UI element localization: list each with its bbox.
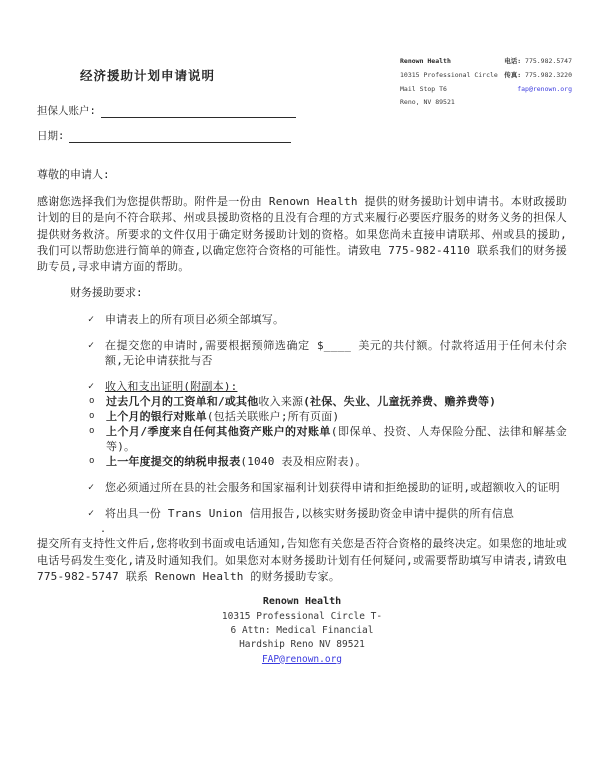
footer-contact-block: Renown Health 10315 Professional Circle …	[37, 595, 567, 666]
checklist-subitem-text: 上个月的银行对账单(包括关联账户;所有页面)	[106, 409, 567, 424]
salutation: 尊敬的申请人:	[37, 167, 567, 183]
date-blank	[69, 129, 291, 143]
circle-bullet-icon: o	[88, 409, 106, 424]
circle-bullet-icon: o	[88, 454, 106, 469]
guarantor-account-row: 担保人账户:	[37, 103, 296, 118]
footer-email-link[interactable]: FAP@renown.org	[262, 654, 342, 665]
fax-label: 传真:	[504, 71, 521, 79]
circle-bullet-icon: o	[88, 424, 106, 454]
checklist-subitem-text: 上一年度提交的纳税申报表(1040 表及相应附表)。	[106, 454, 567, 469]
fax-row: 传真: 775.982.3220	[502, 69, 572, 83]
checklist-subitem-tax-return: o 上一年度提交的纳税申报表(1040 表及相应附表)。	[88, 454, 567, 469]
footer-address-line3: Hardship Reno NV 89521	[37, 638, 567, 652]
checklist-item-text: 在提交您的申请时,需要根据预筛选确定 $____ 美元的共付额。付款将适用于任何…	[105, 338, 567, 368]
org-address-line1: 10315 Professional Circle	[400, 69, 502, 83]
checkmark-icon: ✓	[88, 506, 105, 521]
phone-row: 电话: 775.982.5747	[502, 55, 572, 69]
checklist-subitem-text: 上个月/季度来自任何其他资产账户的对账单(即保单、投资、人寿保险分配、法律和解基…	[106, 424, 567, 454]
checklist-item-county-proof: ✓ 您必须通过所在县的社会服务和国家福利计划获得申请和拒绝援助的证明,或超额收入…	[88, 480, 567, 495]
header-contact-block: Renown Health 10315 Professional Circle …	[400, 55, 572, 110]
checklist-item-text: 申请表上的所有项目必须全部填写。	[105, 312, 567, 327]
phone-label: 电话:	[504, 57, 521, 65]
checklist-subitem-paystubs: o 过去几个月的工资单和/或其他收入来源(社保、失业、儿童抚养费、赡养费等)	[88, 394, 567, 409]
checklist-subitem-asset-statements: o 上个月/季度来自任何其他资产账户的对账单(即保单、投资、人寿保险分配、法律和…	[88, 424, 567, 454]
closing-paragraph: 提交所有支持性文件后,您将收到书面或电话通知,告知您有关您是否符合资格的最终决定…	[37, 536, 567, 585]
checklist-item-credit-report: ✓ 将出具一份 Trans Union 信用报告,以核实财务援助资金申请中提供的…	[88, 506, 567, 521]
checklist-item-text: 收入和支出证明(附副本):	[105, 380, 237, 393]
header-email-link[interactable]: fap@renown.org	[517, 85, 572, 93]
footer-address-line1: 10315 Professional Circle T-	[37, 610, 567, 624]
checklist-item-copay: ✓ 在提交您的申请时,需要根据预筛选确定 $____ 美元的共付额。付款将适用于…	[88, 338, 567, 368]
footer-address-line2: 6 Attn: Medical Financial	[37, 624, 567, 638]
footer-org-name: Renown Health	[37, 595, 567, 609]
guarantor-account-label: 担保人账户:	[37, 103, 96, 118]
checkmark-icon: ✓	[88, 312, 105, 327]
checkmark-icon: ✓	[88, 379, 105, 394]
checkmark-icon: ✓	[88, 338, 105, 368]
stray-period: .	[100, 526, 567, 533]
checklist-item-all-fields: ✓ 申请表上的所有项目必须全部填写。	[88, 312, 567, 327]
fax-number: 775.982.3220	[525, 71, 572, 79]
letter-body: 尊敬的申请人: 感谢您选择我们为您提供帮助。附件是一份由 Renown Heal…	[37, 167, 567, 667]
page-title: 经济援助计划申请说明	[80, 66, 215, 84]
requirements-checklist: ✓ 申请表上的所有项目必须全部填写。 ✓ 在提交您的申请时,需要根据预筛选确定 …	[37, 312, 567, 521]
checklist-item-text: 将出具一份 Trans Union 信用报告,以核实财务援助资金申请中提供的所有…	[105, 506, 567, 521]
checklist-item-income-proof: ✓ 收入和支出证明(附副本):	[88, 379, 567, 394]
checkmark-icon: ✓	[88, 480, 105, 495]
phone-number: 775.982.5747	[525, 57, 572, 65]
org-name: Renown Health	[400, 55, 502, 69]
checklist-subitem-text: 过去几个月的工资单和/或其他收入来源(社保、失业、儿童抚养费、赡养费等)	[106, 394, 567, 409]
date-row: 日期:	[37, 128, 291, 143]
circle-bullet-icon: o	[88, 394, 106, 409]
org-address-line2: Mail Stop T6	[400, 83, 502, 97]
requirements-heading: 财务援助要求:	[70, 285, 567, 301]
checklist-item-text: 您必须通过所在县的社会服务和国家福利计划获得申请和拒绝援助的证明,或超额收入的证…	[105, 480, 567, 495]
date-label: 日期:	[37, 128, 64, 143]
guarantor-account-blank	[101, 104, 296, 118]
intro-paragraph: 感谢您选择我们为您提供帮助。附件是一份由 Renown Health 提供的财务…	[37, 194, 567, 275]
org-address-line3: Reno, NV 89521	[400, 96, 502, 110]
checklist-subitem-bank-statement: o 上个月的银行对账单(包括关联账户;所有页面)	[88, 409, 567, 424]
